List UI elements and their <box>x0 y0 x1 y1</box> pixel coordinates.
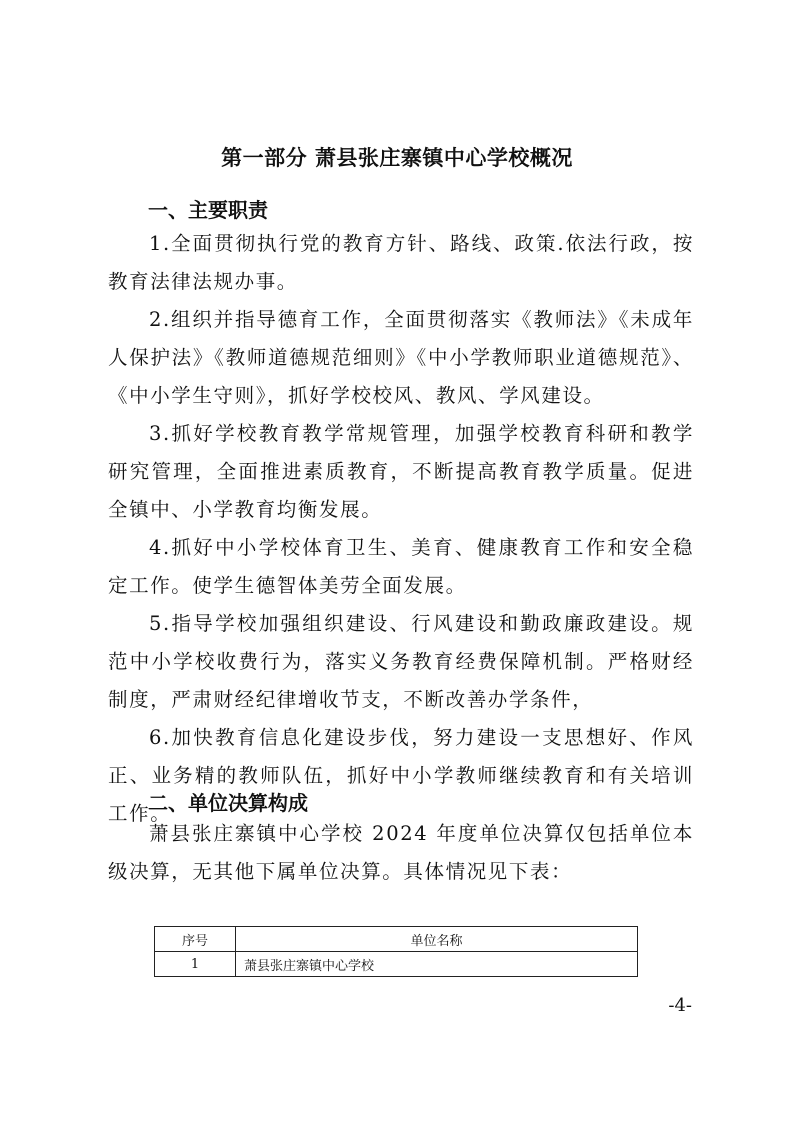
cell-unit-name: 萧县张庄寨镇中心学校 <box>236 952 638 977</box>
responsibility-item-2: 2.组织并指导德育工作，全面贯彻落实《教师法》《未成年人保护法》《教师道德规范细… <box>108 301 694 415</box>
responsibility-item-5: 5.指导学校加强组织建设、行风建设和勤政廉政建设。规范中小学校收费行为，落实义务… <box>108 605 694 719</box>
header-serial: 序号 <box>155 927 236 952</box>
page-title: 第一部分 萧县张庄寨镇中心学校概况 <box>0 142 794 172</box>
table-header-row: 序号 单位名称 <box>155 927 638 952</box>
cell-serial: 1 <box>155 952 236 977</box>
unit-table: 序号 单位名称 1 萧县张庄寨镇中心学校 <box>154 926 638 977</box>
composition-text: 萧县张庄寨镇中心学校 2024 年度单位决算仅包括单位本级决算，无其他下属单位决… <box>108 815 694 891</box>
responsibility-item-1: 1.全面贯彻执行党的教育方针、路线、政策.依法行政，按教育法律法规办事。 <box>108 225 694 301</box>
section-heading-composition: 二、单位决算构成 <box>148 787 308 816</box>
responsibility-item-4: 4.抓好中小学校体育卫生、美育、健康教育工作和安全稳定工作。使学生德智体美劳全面… <box>108 529 694 605</box>
responsibility-item-3: 3.抓好学校教育教学常规管理，加强学校教育科研和教学研究管理，全面推进素质教育，… <box>108 415 694 529</box>
header-unit-name: 单位名称 <box>236 927 638 952</box>
document-page: 第一部分 萧县张庄寨镇中心学校概况 一、主要职责 1.全面贯彻执行党的教育方针、… <box>0 0 794 1122</box>
table-row: 1 萧县张庄寨镇中心学校 <box>155 952 638 977</box>
page-number: -4- <box>668 995 692 1016</box>
section-heading-responsibilities: 一、主要职责 <box>148 194 268 223</box>
